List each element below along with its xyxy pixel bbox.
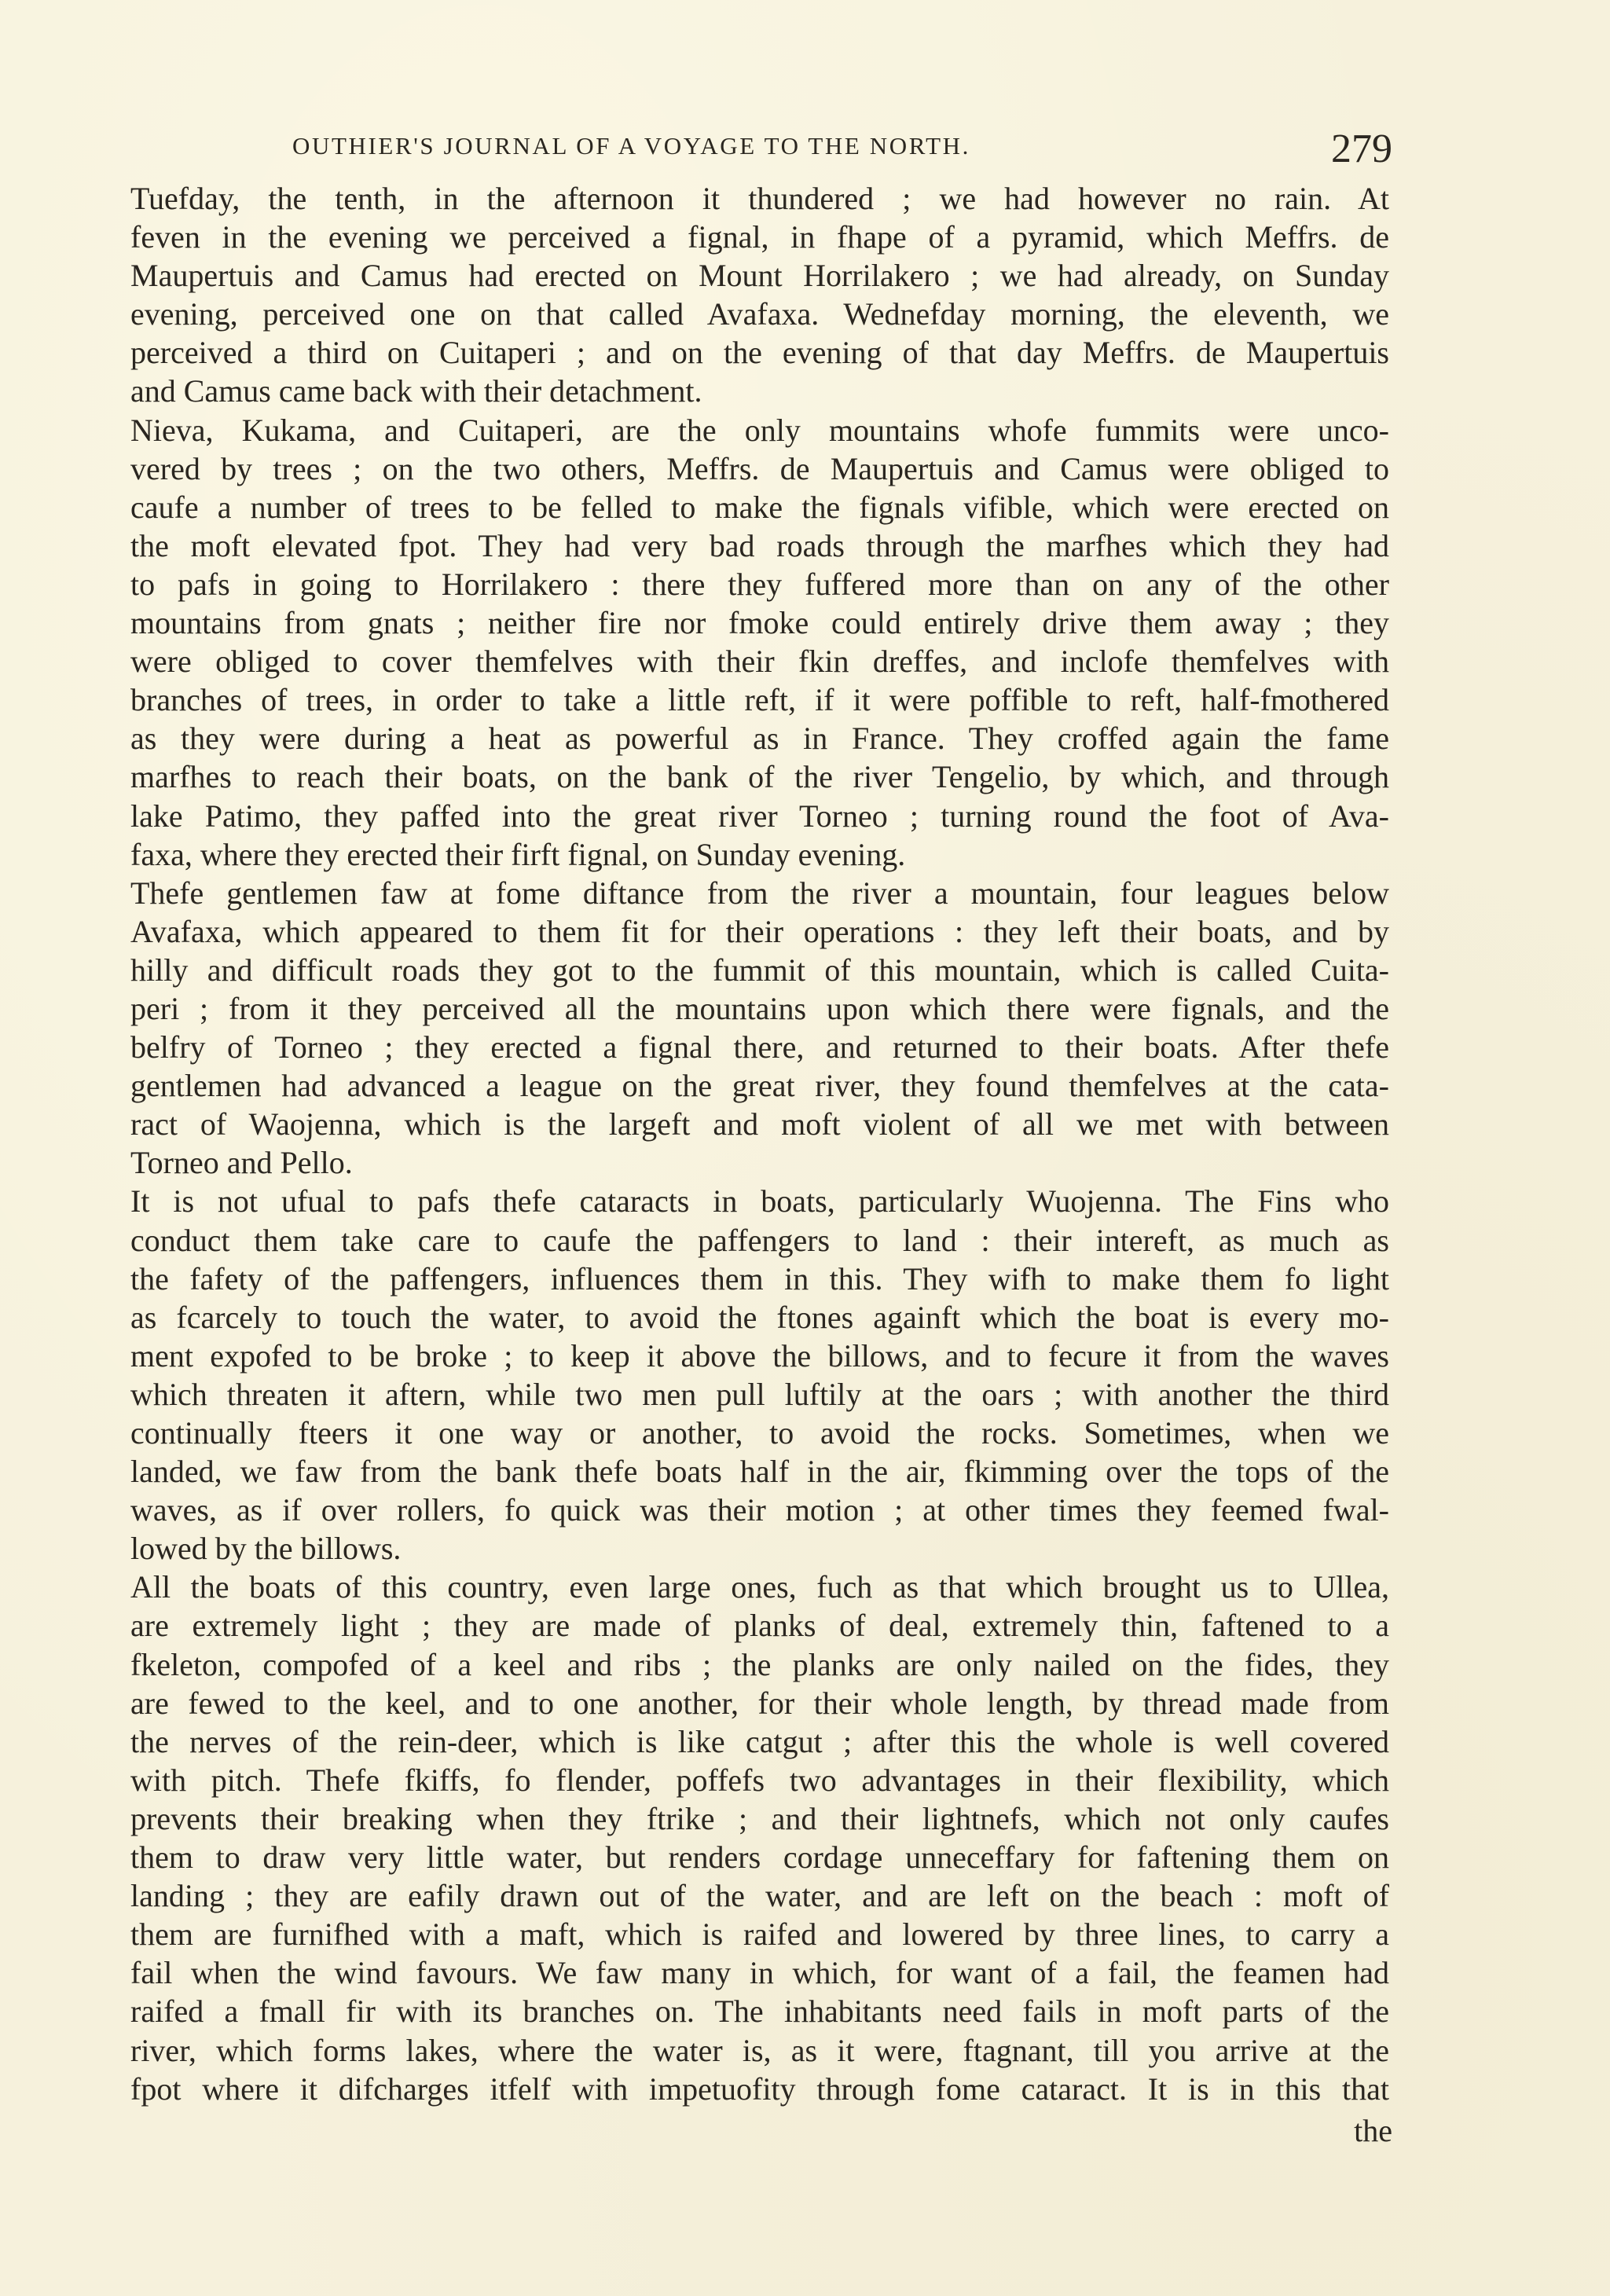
text-line: fail when the wind favours. We faw many … (130, 1953, 1389, 1992)
text-line: belfry of Torneo ; they erected a fignal… (130, 1028, 1389, 1066)
text-line: Tuefday, the tenth, in the afternoon it … (130, 179, 1389, 218)
running-head: OUTHIER's JOURNAL OF A VOYAGE TO THE NOR… (292, 127, 1392, 174)
text-line: are fewed to the keel, and to one anothe… (130, 1684, 1389, 1722)
text-line: and Camus came back with their detachmen… (130, 372, 1389, 410)
text-line: vered by trees ; on the two others, Meff… (130, 449, 1389, 488)
text-line: prevents their breaking when they ftrike… (130, 1799, 1389, 1838)
text-line: with pitch. Thefe fkiffs, fo flender, po… (130, 1761, 1389, 1799)
text-line: fpot where it difcharges itfelf with imp… (130, 2070, 1389, 2108)
text-line: landing ; they are eafily drawn out of t… (130, 1876, 1389, 1915)
text-line: are extremely light ; they are made of p… (130, 1606, 1389, 1645)
page-number: 279 (1331, 126, 1392, 172)
text-line: the nerves of the rein-deer, which is li… (130, 1722, 1389, 1761)
text-line: Nieva, Kukama, and Cuitaperi, are the on… (130, 411, 1389, 449)
catchword: the (1354, 2112, 1392, 2149)
text-line: conduct them take care to caufe the paff… (130, 1221, 1389, 1260)
text-line: continually fteers it one way or another… (130, 1414, 1389, 1452)
text-line: mountains from gnats ; neither fire nor … (130, 603, 1389, 642)
text-line: peri ; from it they perceived all the mo… (130, 989, 1389, 1028)
text-line: to pafs in going to Horrilakero : there … (130, 565, 1389, 603)
text-line: lowed by the billows. (130, 1529, 1389, 1568)
text-line: caufe a number of trees to be felled to … (130, 488, 1389, 526)
book-page: OUTHIER's JOURNAL OF A VOYAGE TO THE NOR… (0, 0, 1610, 2296)
text-line: It is not ufual to pafs thefe cataracts … (130, 1182, 1389, 1220)
text-line: Thefe gentlemen faw at fome diftance fro… (130, 874, 1389, 912)
text-line: Torneo and Pello. (130, 1143, 1389, 1182)
text-line: the fafety of the paffengers, influences… (130, 1260, 1389, 1298)
text-line: river, which forms lakes, where the wate… (130, 2031, 1389, 2070)
text-line: marfhes to reach their boats, on the ban… (130, 757, 1389, 796)
text-line: them are furnifhed with a maft, which is… (130, 1915, 1389, 1953)
text-line: raifed a fmall fir with its branches on.… (130, 1992, 1389, 2030)
text-line: feven in the evening we perceived a fign… (130, 218, 1389, 256)
text-line: hilly and difficult roads they got to th… (130, 951, 1389, 989)
text-line: ract of Waojenna, which is the largeft a… (130, 1105, 1389, 1143)
text-line: branches of trees, in order to take a li… (130, 680, 1389, 719)
text-line: waves, as if over rollers, fo quick was … (130, 1491, 1389, 1529)
text-line: Avafaxa, which appeared to them fit for … (130, 912, 1389, 951)
text-line: perceived a third on Cuitaperi ; and on … (130, 333, 1389, 372)
text-line: fkeleton, compofed of a keel and ribs ; … (130, 1645, 1389, 1684)
text-line: gentlemen had advanced a league on the g… (130, 1066, 1389, 1105)
text-line: the moft elevated fpot. They had very ba… (130, 526, 1389, 565)
text-line: which threaten it aftern, while two men … (130, 1375, 1389, 1414)
text-line: All the boats of this country, even larg… (130, 1568, 1389, 1606)
text-line: were obliged to cover themfelves with th… (130, 642, 1389, 680)
text-line: evening, perceived one on that called Av… (130, 295, 1389, 333)
text-line: Maupertuis and Camus had erected on Moun… (130, 256, 1389, 295)
text-line: as they were during a heat as powerful a… (130, 719, 1389, 757)
text-line: landed, we faw from the bank thefe boats… (130, 1452, 1389, 1491)
text-line: as fcarcely to touch the water, to avoid… (130, 1298, 1389, 1337)
body-text: Tuefday, the tenth, in the afternoon it … (130, 179, 1389, 2108)
text-line: ment expofed to be broke ; to keep it ab… (130, 1337, 1389, 1375)
text-line: faxa, where they erected their firft fig… (130, 835, 1389, 874)
text-line: them to draw very little water, but rend… (130, 1838, 1389, 1876)
text-line: lake Patimo, they paffed into the great … (130, 797, 1389, 835)
running-title: OUTHIER's JOURNAL OF A VOYAGE TO THE NOR… (292, 132, 970, 160)
